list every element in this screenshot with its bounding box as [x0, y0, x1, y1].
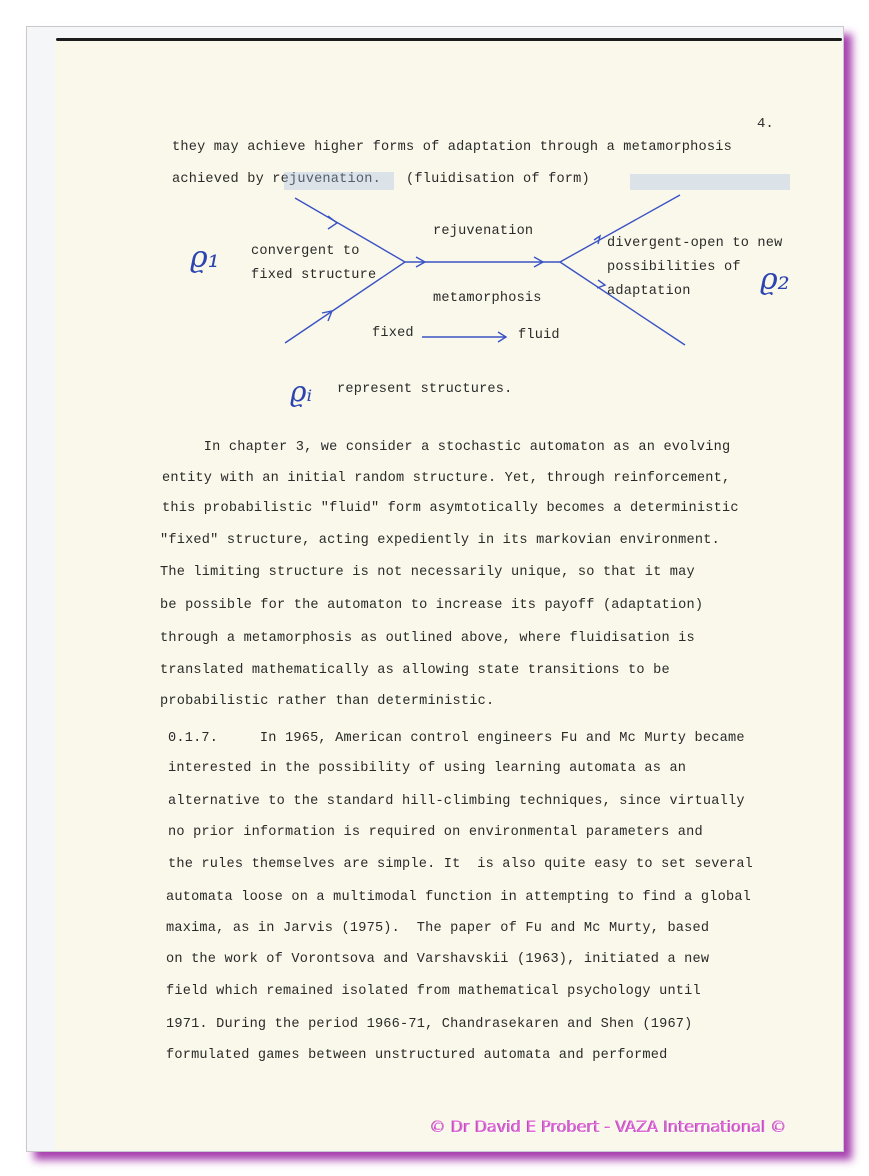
- diagram-left-label: convergent to: [251, 244, 360, 259]
- paragraph-line: no prior information is required on envi…: [168, 825, 703, 840]
- diagram-fluid-label: fluid: [518, 328, 560, 343]
- diagram-right-label: divergent-open to new: [607, 236, 783, 251]
- paragraph-line: maxima, as in Jarvis (1975). The paper o…: [166, 921, 709, 936]
- paragraph-line: In chapter 3, we consider a stochastic a…: [162, 440, 730, 455]
- paragraph-line: interested in the possibility of using l…: [168, 761, 686, 776]
- rho-2-symbol: ϱ₂: [760, 262, 790, 297]
- paragraph-line: field which remained isolated from mathe…: [166, 984, 701, 999]
- paragraph-line: "fixed" structure, acting expediently in…: [160, 533, 720, 548]
- diagram-top-label: rejuvenation: [433, 224, 533, 239]
- paragraph-line: probabilistic rather than deterministic.: [160, 694, 494, 709]
- paragraph-line: alternative to the standard hill-climbin…: [168, 794, 745, 809]
- copyright-watermark: © Dr David E Probert - VAZA Internationa…: [430, 1117, 787, 1136]
- paragraph-line: be possible for the automaton to increas…: [160, 598, 703, 613]
- paragraph-line: automata loose on a multimodal function …: [166, 890, 751, 905]
- paragraph-line: entity with an initial random structure.…: [162, 471, 730, 486]
- paragraph-line: 1971. During the period 1966-71, Chandra…: [166, 1017, 693, 1032]
- rho-i-symbol: ϱᵢ: [290, 375, 312, 408]
- paragraph-line: the rules themselves are simple. It is a…: [168, 857, 753, 872]
- rho-1-symbol: ϱ₁: [190, 240, 220, 275]
- paragraph-line: on the work of Vorontsova and Varshavski…: [166, 952, 709, 967]
- diagram-left-label: fixed structure: [251, 268, 376, 283]
- paragraph-line: through a metamorphosis as outlined abov…: [160, 631, 695, 646]
- paragraph-line: formulated games between unstructured au…: [166, 1048, 667, 1063]
- paragraph-line: 0.1.7. In 1965, American control enginee…: [168, 731, 745, 746]
- paragraph-line: translated mathematically as allowing st…: [160, 663, 670, 678]
- legend-text: represent structures.: [337, 382, 513, 397]
- paragraph-line: this probabilistic "fluid" form asymtoti…: [162, 501, 739, 516]
- diagram-bottom-label: metamorphosis: [433, 291, 542, 306]
- diagram-right-label: possibilities of: [607, 260, 741, 275]
- diagram-fixed-label: fixed: [372, 326, 414, 341]
- diagram-right-label: adaptation: [607, 284, 691, 299]
- adaptation-diagram: [0, 0, 869, 1176]
- paragraph-line: The limiting structure is not necessaril…: [160, 565, 695, 580]
